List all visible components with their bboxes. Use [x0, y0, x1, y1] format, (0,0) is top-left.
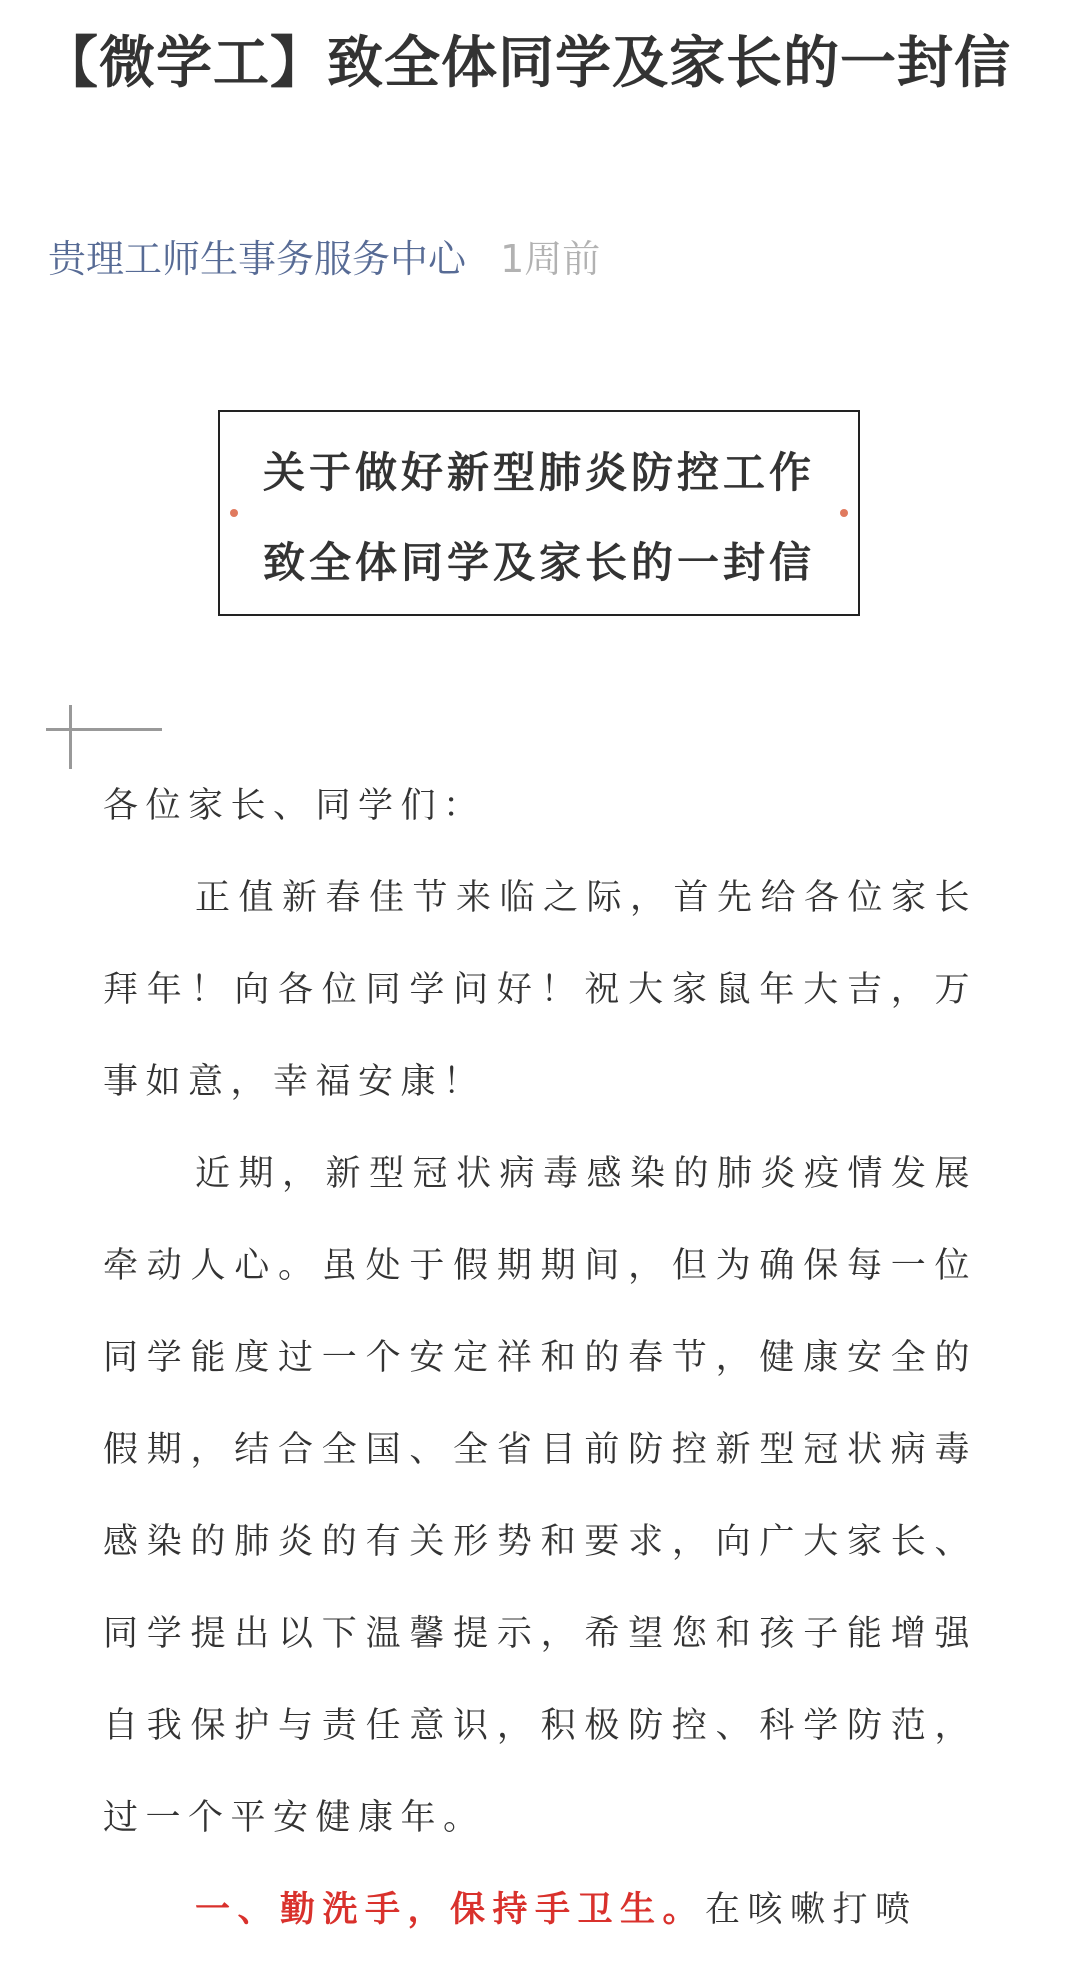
- article-meta: 贵理工师生事务服务中心 1周前: [48, 232, 600, 286]
- banner-line-2: 致全体同学及家长的一封信: [220, 530, 858, 590]
- paragraph-item-1: 一、勤洗手，保持手卫生。在咳嗽打喷: [103, 1864, 977, 1956]
- salutation: 各位家长、同学们：: [103, 760, 977, 852]
- article-title: 【微学工】致全体同学及家长的一封信: [42, 22, 1052, 106]
- title-banner: 关于做好新型肺炎防控工作 致全体同学及家长的一封信: [218, 410, 860, 616]
- paragraph-context: 近期，新型冠状病毒感染的肺炎疫情发展牵动人心。虽处于假期期间，但为确保每一位同学…: [103, 1128, 977, 1864]
- publish-time: 1周前: [500, 237, 600, 281]
- item-1-heading: 一、勤洗手，保持手卫生。: [195, 1890, 705, 1930]
- decorative-dot-icon: [840, 509, 848, 517]
- decorative-dot-icon: [230, 509, 238, 517]
- article-body: 各位家长、同学们： 正值新春佳节来临之际，首先给各位家长拜年！向各位同学问好！祝…: [103, 760, 977, 1956]
- item-1-text: 在咳嗽打喷: [705, 1890, 918, 1930]
- corner-cross-icon: [69, 705, 72, 769]
- banner-line-1: 关于做好新型肺炎防控工作: [220, 440, 858, 500]
- author-link[interactable]: 贵理工师生事务服务中心: [48, 237, 466, 281]
- paragraph-greeting: 正值新春佳节来临之际，首先给各位家长拜年！向各位同学问好！祝大家鼠年大吉，万事如…: [103, 852, 977, 1128]
- corner-line-icon: [46, 728, 162, 731]
